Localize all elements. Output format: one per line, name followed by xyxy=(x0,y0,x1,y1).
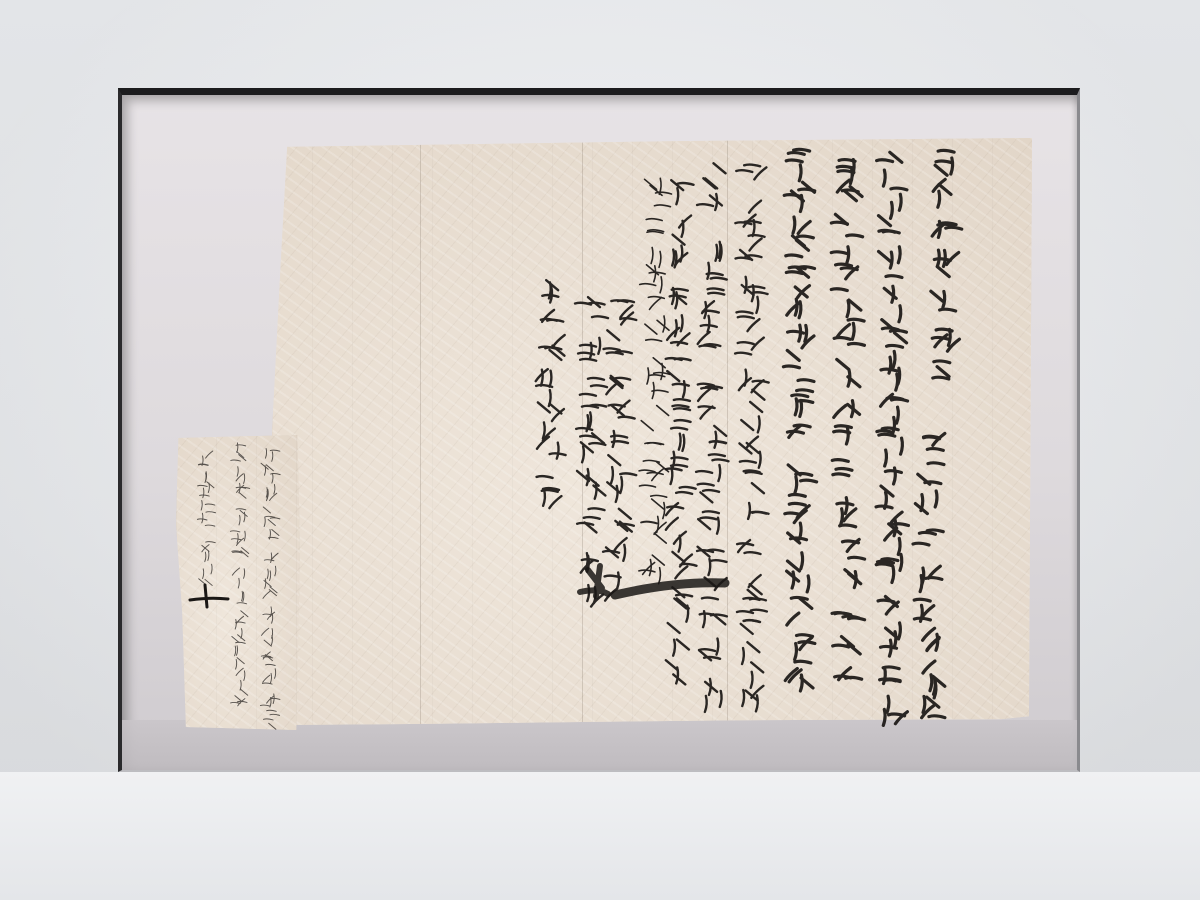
paper-fold-line xyxy=(420,138,421,728)
paper-fold-line xyxy=(727,138,728,728)
manuscript-main-sheet xyxy=(272,138,1032,728)
wall-below-frame xyxy=(0,772,1200,900)
manuscript-fragment xyxy=(176,435,300,730)
paper-fold-line xyxy=(582,138,583,728)
